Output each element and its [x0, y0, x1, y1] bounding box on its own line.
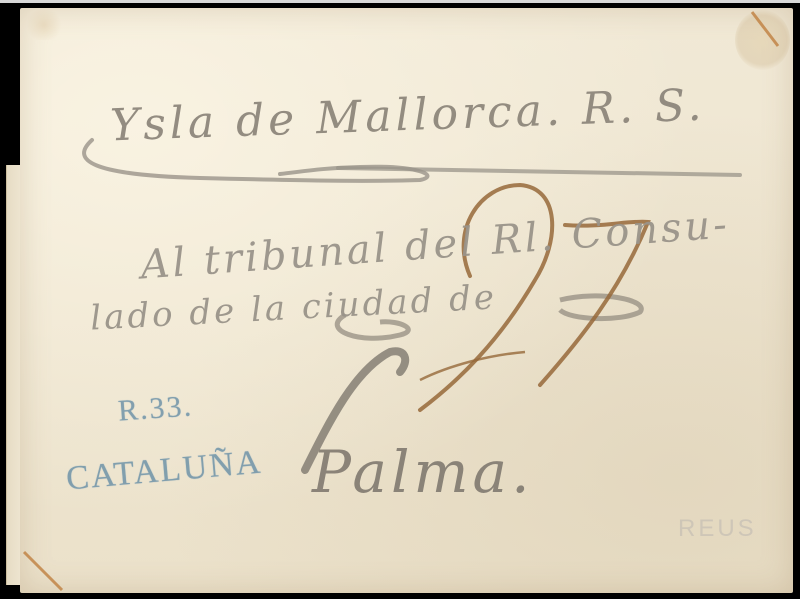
pencil-annotation: REUS — [678, 515, 757, 543]
postmark-line-1: R.33. — [117, 389, 194, 428]
destination-city: Palma. — [312, 438, 534, 506]
